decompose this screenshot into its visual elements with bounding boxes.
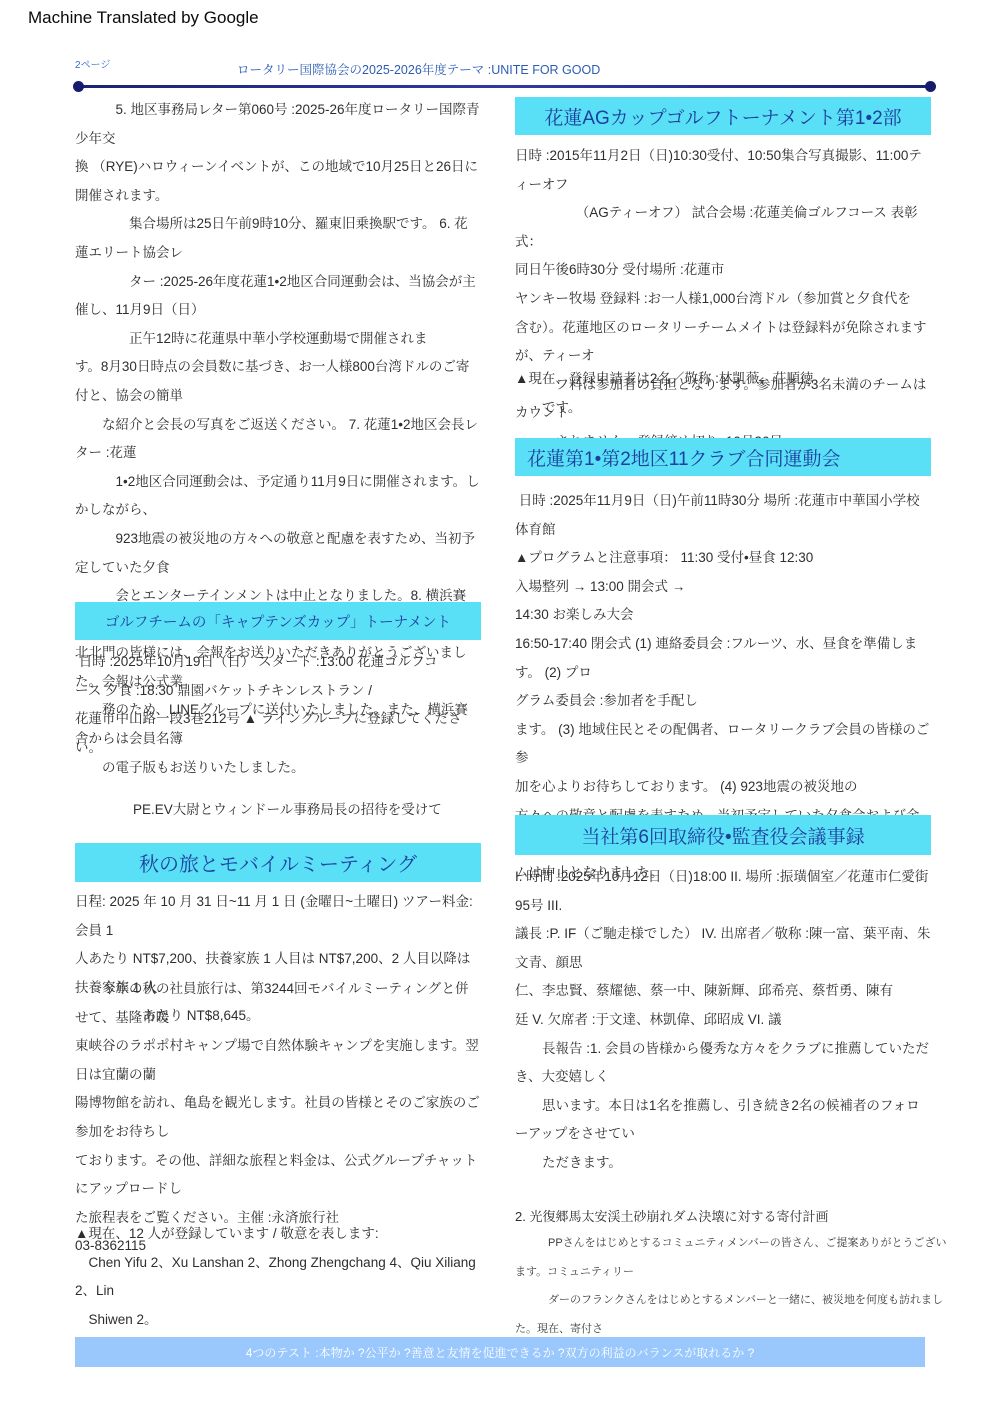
- text-line: ース 夕食 :18:30 鼎園バケットチキンレストラン /: [75, 677, 481, 706]
- text-line: 日程: 2025 年 10 月 31 日~11 月 1 日 (金曜日~土曜日) …: [75, 888, 481, 945]
- text-line: ております。その他、詳細な旅程と料金は、公式グループチャットにアップロードし: [75, 1147, 481, 1204]
- section-header-board-minutes: 当社第6回取締役•監査役会議事録: [515, 815, 931, 855]
- text-line: 思います。本日は1名を推薦し、引き続き2名の候補者のフォローアップをさせてい: [515, 1092, 931, 1149]
- text-line: 1•2地区合同運動会は、予定通り11月9日に開催されます。しかしながら、: [75, 468, 481, 525]
- header-divider: [79, 85, 930, 88]
- section-header-joint-games: 花蓮第1•第2地区11クラブ合同運動会: [515, 438, 931, 476]
- four-way-test-text: 4つのテスト :本物か ?公平か ?善意と友情を促進できるか ?双方の利益のバラ…: [246, 1344, 755, 1361]
- text-line: Shiwen 2。: [75, 1306, 481, 1335]
- divider-right-dot: [925, 81, 936, 92]
- text-line: 16:50-17:40 閉会式 (1) 連絡委員会 :フルーツ、水、昼食を準備し…: [515, 630, 931, 687]
- captains-cup-paragraph: 日時 :2025年10月19日（日） スタート :13:00 花蓮ゴルフコース …: [75, 648, 481, 762]
- ag-cup-registration-note: ▲現在、登録申請者は2名／敬称 :林凱薇、荘順徳 です。: [515, 365, 931, 422]
- section-title: 当社第6回取締役•監査役会議事録: [581, 822, 864, 849]
- text-line: ただきます。: [515, 1149, 931, 1178]
- text-line: す。8月30日時点の会員数に基づき、お一人様800台湾ドルのご寄付と、協会の簡単: [75, 353, 481, 410]
- four-way-test-banner: 4つのテスト :本物か ?公平か ?善意と友情を促進できるか ?双方の利益のバラ…: [75, 1337, 925, 1367]
- text-line: ます。 (3) 地域住民とその配偶者、ロータリークラブ会員の皆様のご参: [515, 716, 931, 773]
- text-line: 今年の秋の社員旅行は、第3244回モバイルミーティングと併せて、基隆市暖: [75, 975, 481, 1032]
- text-line: 集合場所は25日午前9時10分、羅東旧乗換駅です。 6. 花蓮エリート協会レ: [75, 210, 481, 267]
- text-line: ▲現在、登録申請者は2名／敬称 :林凱薇、荘順徳: [515, 365, 931, 394]
- section-header-captains-cup: ゴルフチームの「キャプテンズカップ」トーナメント: [75, 602, 481, 640]
- text-line: 正午12時に花蓮県中華小学校運動場で開催されま: [75, 325, 481, 354]
- text-line: 含む）。花蓮地区のロータリーチームメイトは登録料が免除されますが、ティーオ: [515, 314, 931, 371]
- text-line: ▲プログラムと注意事項： 11:30 受付•昼食 12:30: [515, 544, 931, 573]
- text-line: 日時 :2025年10月19日（日） スタート :13:00 花蓮ゴルフコ: [75, 648, 481, 677]
- rotary-theme-header: ロータリー国際協会の2025-2026年度テーマ :UNITE FOR GOOD: [237, 60, 600, 78]
- text-line: 923地震の被災地の方々への敬意と配慮を表すため、当初予定していた夕食: [75, 525, 481, 582]
- section-title: 花蓮第1•第2地区11クラブ合同運動会: [527, 444, 841, 471]
- text-line: （AGティーオフ） 試合会場 :花蓮美倫ゴルフコース 表彰式：: [515, 199, 931, 256]
- text-line: 仁、李忠賢、蔡耀徳、蔡一中、陳新輝、邱希亮、蔡哲勇、陳有: [515, 977, 931, 1006]
- text-line: 5. 地区事務局レター第060号 :2025-26年度ロータリー国際青少年交: [75, 96, 481, 153]
- text-line: 東峡谷のラポポ村キャンプ場で自然体験キャンプを実施します。翌日は宜蘭の蘭: [75, 1032, 481, 1089]
- text-line: 廷 V. 欠席者 :于文達、林凱偉、邱昭成 VI. 議: [515, 1006, 931, 1035]
- text-line: です。: [515, 394, 931, 423]
- section-title: 花蓮AGカップゴルフトーナメント第1•2部: [544, 103, 901, 130]
- text-line: ヤンキー牧場 登録料 :お一人様1,000台湾ドル（参加賞と夕食代を: [515, 285, 931, 314]
- text-line: 換 （RYE)ハロウィーンイベントが、この地域で10月25日と26日に開催されま…: [75, 153, 481, 210]
- machine-translated-note: Machine Translated by Google: [28, 8, 259, 28]
- text-line: 陽博物館を訪れ、亀島を観光します。社員の皆様とそのご家族のご参加をお待ちし: [75, 1089, 481, 1146]
- text-line: I. 時間 :2025年10月12日（日)18:00 II. 場所 :振璜個室／…: [515, 863, 931, 920]
- text-line: ター :2025-26年度花蓮1•2地区合同運動会は、当協会が主催し、11月9日…: [75, 268, 481, 325]
- section-header-ag-cup: 花蓮AGカップゴルフトーナメント第1•2部: [515, 97, 931, 135]
- divider-left-dot: [73, 81, 84, 92]
- text-line: 議長 :P. IF（ご馳走様でした） IV. 出席者／敬称 :陳一富、葉平南、朱…: [515, 920, 931, 977]
- invitation-line: PE.EV大尉とウィンドール事務局長の招待を受けて: [133, 798, 442, 818]
- newsletter-page: Machine Translated by Google 2ページ ロータリー国…: [0, 0, 1000, 1415]
- page-number-label: 2ページ: [75, 56, 110, 71]
- text-line: グラム委員会 :参加者を手配し: [515, 687, 931, 716]
- text-line: 花蓮市中山路一段3巷212号 ▲ ライングループに登録してください。: [75, 705, 481, 762]
- text-line: 加を心よりお待ちしております。 (4) 923地震の被災地の: [515, 773, 931, 802]
- text-line: ▲現在、12 人が登録しています / 敬意を表します:: [75, 1220, 481, 1249]
- autumn-trip-details-paragraph: 今年の秋の社員旅行は、第3244回モバイルミーティングと併せて、基隆市暖東峡谷の…: [75, 975, 481, 1261]
- text-line: Chen Yifu 2、Xu Lanshan 2、Zhong Zhengchan…: [75, 1249, 481, 1306]
- text-line: 14:30 お楽しみ大会: [515, 601, 931, 630]
- text-line: 長報告 :1. 会員の皆様から優秀な方々をクラブに推薦していただき、大変嬉しく: [515, 1035, 931, 1092]
- text-line: 入場整列 → 13:00 開会式 →: [515, 573, 931, 602]
- text-line: ダーのフランクさんをはじめとするメンバーと一緒に、被災地を何度も訪れました。現在…: [515, 1286, 955, 1343]
- text-line: 同日午後6時30分 受付場所 :花蓮市: [515, 256, 931, 285]
- text-line: 日時 :2025年11月9日（日)午前11時30分 場所 :花蓮市中華国小学校体…: [515, 487, 931, 544]
- text-line: PPさんをはじめとするコミュニティメンバーの皆さん、ご提案ありがとうございます。…: [515, 1229, 955, 1286]
- section-header-autumn-trip: 秋の旅とモバイルミーティング: [75, 843, 481, 882]
- text-line: な紹介と会長の写真をご返送ください。 7. 花蓮1•2地区会長レター :花蓮: [75, 411, 481, 468]
- text-line: 日時 :2015年11月2日（日)10:30受付、10:50集合写真撮影、11:…: [515, 142, 931, 199]
- donation-plan-heading: 2. 光復郷馬太安渓土砂崩れダム決壊に対する寄付計画: [515, 1207, 931, 1227]
- section-title: 秋の旅とモバイルミーティング: [139, 848, 417, 877]
- board-minutes-paragraph: I. 時間 :2025年10月12日（日)18:00 II. 場所 :振璜個室／…: [515, 863, 931, 1178]
- section-title: ゴルフチームの「キャプテンズカップ」トーナメント: [105, 611, 451, 632]
- registration-status-paragraph: ▲現在、12 人が登録しています / 敬意を表します: Chen Yifu 2、…: [75, 1220, 481, 1334]
